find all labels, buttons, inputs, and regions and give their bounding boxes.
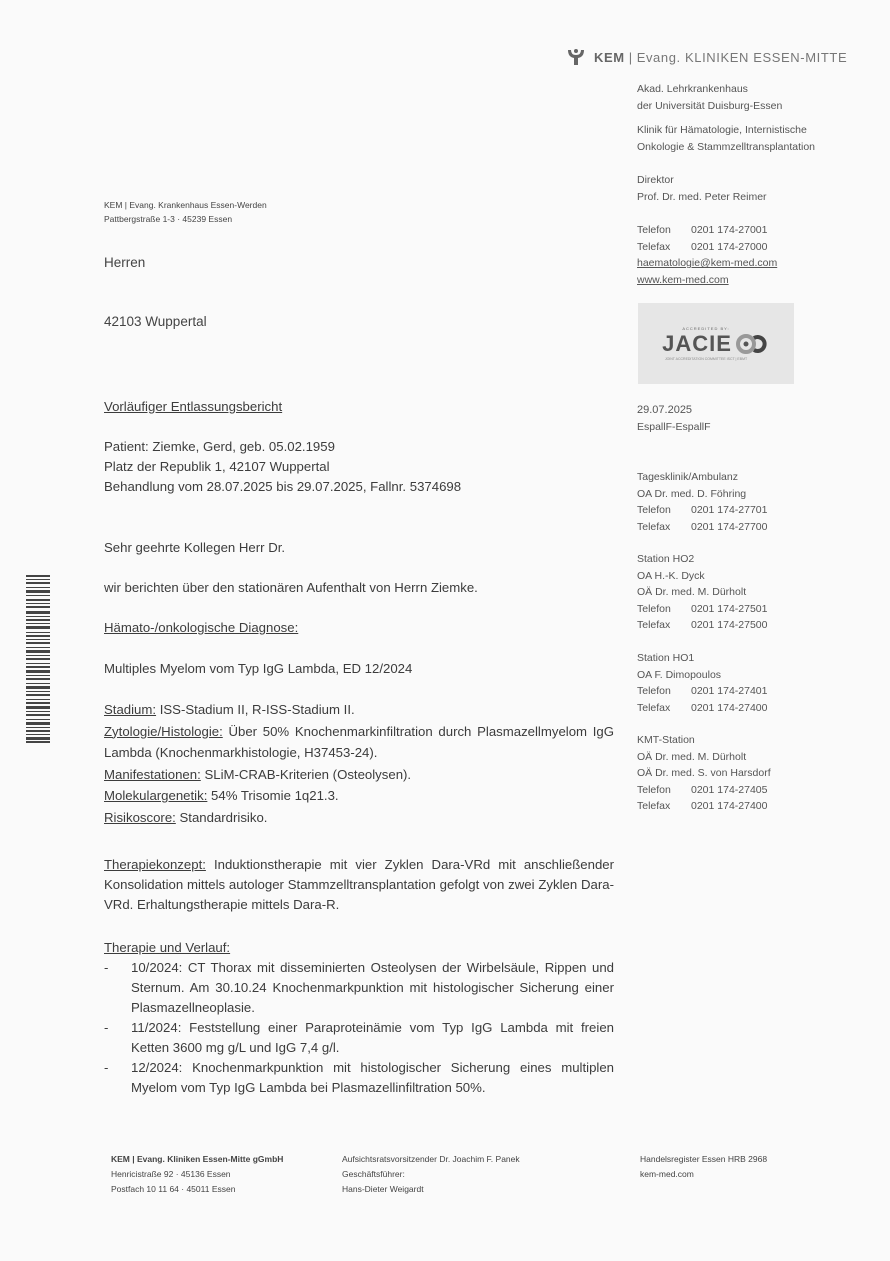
contact-telefax: 0201 174-27700 [691, 519, 768, 536]
bullet-dash: - [104, 1018, 108, 1038]
telefax-label: Telefax [637, 798, 691, 815]
course-item-text: 10/2024: CT Thorax mit disseminierten Os… [131, 960, 614, 1015]
bullet-dash: - [104, 1058, 108, 1078]
contact-telefon: 0201 174-27501 [691, 601, 768, 618]
jacie-subtitle: JOINT ACCREDITATION COMMITTEE ISCT | EBM… [665, 357, 747, 361]
director-label: Direktor [637, 172, 767, 189]
detail-zytologie: Zytologie/Histologie: Über 50% Knochenma… [104, 721, 614, 764]
jacie-accreditation-logo: ACCREDITED BY: JACIE JOINT ACCREDITATION… [638, 303, 794, 384]
logo-separator: | [629, 50, 633, 65]
clinic-contact-block: Telefon0201 174-27001 Telefax0201 174-27… [637, 222, 777, 288]
recipient-city: 42103 Wuppertal [104, 314, 207, 329]
diagnosis: Multiples Myelom vom Typ IgG Lambda, ED … [104, 659, 614, 679]
email-link[interactable]: haematologie@kem-med.com [637, 257, 777, 269]
logo-kem: KEM [594, 50, 625, 65]
footer-board-chair: Aufsichtsratsvorsitzender Dr. Joachim F.… [342, 1152, 520, 1167]
website-link[interactable]: www.kem-med.com [637, 274, 729, 286]
director-name: Prof. Dr. med. Peter Reimer [637, 189, 767, 206]
course-heading-text: Therapie und Verlauf: [104, 940, 230, 955]
bullet-dash: - [104, 958, 108, 978]
footer-register: Handelsregister Essen HRB 2968 kem-med.c… [640, 1152, 767, 1182]
kem-logo: KEM | Evang. KLINIKEN ESSEN-MITTE [566, 48, 847, 66]
telefax-number: 0201 174-27000 [691, 239, 768, 256]
patient-address: Platz der Republik 1, 42107 Wuppertal [104, 457, 614, 477]
contact-telefax: 0201 174-27400 [691, 798, 768, 815]
telefon-label: Telefon [637, 502, 691, 519]
course-item-text: 12/2024: Knochenmarkpunktion mit histolo… [131, 1060, 614, 1095]
clinic-block: Klinik für Hämatologie, Internistische O… [637, 122, 815, 155]
therapy-concept-label: Therapiekonzept: [104, 857, 206, 872]
detail-text: 54% Trisomie 1q21.3. [207, 788, 338, 803]
detail-label: Risikoscore: [104, 810, 176, 825]
clinic-line-1: Klinik für Hämatologie, Internistische [637, 122, 815, 139]
letter-reference: EspallF-EspallF [637, 419, 711, 436]
letter-date: 29.07.2025 [637, 402, 711, 419]
director-block: Direktor Prof. Dr. med. Peter Reimer [637, 172, 767, 205]
letter-meta: 29.07.2025 EspallF-EspallF [637, 402, 711, 435]
telefax-label: Telefax [637, 617, 691, 634]
sender-line-2: Pattbergstraße 1-3 · 45239 Essen [104, 212, 267, 226]
contact-telefon: 0201 174-27405 [691, 782, 768, 799]
contact-person: OÄ Dr. med. M. Dürholt [637, 584, 768, 601]
detail-molekulargenetik: Molekulargenetik: 54% Trisomie 1q21.3. [104, 785, 614, 807]
detail-stadium: Stadium: ISS-Stadium II, R-ISS-Stadium I… [104, 699, 614, 721]
recipient-salutation: Herren [104, 255, 145, 270]
course-item: -11/2024: Feststellung einer Paraprotein… [104, 1018, 614, 1058]
contact-kmt-station: KMT-Station OÄ Dr. med. M. Dürholt OÄ Dr… [637, 732, 771, 815]
intro: wir berichten über den stationären Aufen… [104, 578, 614, 598]
contact-title: Station HO2 [637, 551, 768, 568]
detail-manifestationen: Manifestationen: SLiM-CRAB-Kriterien (Os… [104, 764, 614, 786]
contact-telefax: 0201 174-27400 [691, 700, 768, 717]
institution-line-2: der Universität Duisburg-Essen [637, 98, 782, 115]
kem-logo-icon [566, 48, 588, 66]
footer-website: kem-med.com [640, 1167, 767, 1182]
sender-address: KEM | Evang. Krankenhaus Essen-Werden Pa… [104, 198, 267, 226]
contact-person: OÄ Dr. med. S. von Harsdorf [637, 765, 771, 782]
patient-line: Patient: Ziemke, Gerd, geb. 05.02.1959 [104, 437, 614, 457]
contact-telefax: 0201 174-27500 [691, 617, 768, 634]
detail-text: ISS-Stadium II, R-ISS-Stadium II. [156, 702, 355, 717]
contact-telefon: 0201 174-27701 [691, 502, 768, 519]
subject-text: Vorläufiger Entlassungsbericht [104, 399, 282, 414]
diagnosis-details: Stadium: ISS-Stadium II, R-ISS-Stadium I… [104, 699, 614, 828]
telefon-label: Telefon [637, 222, 691, 239]
detail-risikoscore: Risikoscore: Standardrisiko. [104, 807, 614, 829]
detail-label: Zytologie/Histologie: [104, 724, 223, 739]
telefon-label: Telefon [637, 601, 691, 618]
contact-tagesklinik: Tagesklinik/Ambulanz OA Dr. med. D. Föhr… [637, 469, 768, 535]
telefon-label: Telefon [637, 782, 691, 799]
contact-station-ho1: Station HO1 OA F. Dimopoulos Telefon0201… [637, 650, 768, 716]
detail-label: Manifestationen: [104, 767, 201, 782]
footer-postbox: Postfach 10 11 64 · 45011 Essen [111, 1182, 283, 1197]
course-item-text: 11/2024: Feststellung einer Paraproteinä… [131, 1020, 614, 1055]
footer-company: KEM | Evang. Kliniken Essen-Mitte gGmbH … [111, 1152, 283, 1197]
jacie-name: JACIE [662, 331, 732, 357]
contact-person: OA Dr. med. D. Föhring [637, 486, 768, 503]
detail-text: Standardrisiko. [176, 810, 268, 825]
contact-person: OÄ Dr. med. M. Dürholt [637, 749, 771, 766]
diagnosis-heading-text: Hämato-/onkologische Diagnose: [104, 620, 298, 635]
treatment-line: Behandlung vom 28.07.2025 bis 29.07.2025… [104, 477, 614, 497]
patient-block: Patient: Ziemke, Gerd, geb. 05.02.1959 P… [104, 437, 614, 497]
telefon-label: Telefon [637, 683, 691, 700]
course-item: -10/2024: CT Thorax mit disseminierten O… [104, 958, 614, 1018]
contact-telefon: 0201 174-27401 [691, 683, 768, 700]
detail-label: Stadium: [104, 702, 156, 717]
footer-register-number: Handelsregister Essen HRB 2968 [640, 1152, 767, 1167]
contact-title: KMT-Station [637, 732, 771, 749]
sender-line-1: KEM | Evang. Krankenhaus Essen-Werden [104, 198, 267, 212]
footer-address: Henricistraße 92 · 45136 Essen [111, 1167, 283, 1182]
contact-station-ho2: Station HO2 OA H.-K. Dyck OÄ Dr. med. M.… [637, 551, 768, 634]
institution-block: Akad. Lehrkrankenhaus der Universität Du… [637, 81, 782, 114]
footer-ceo-label: Geschäftsführer: [342, 1167, 520, 1182]
jacie-ring-icon [736, 333, 770, 355]
telefax-label: Telefax [637, 700, 691, 717]
telefax-label: Telefax [637, 519, 691, 536]
course-list: -10/2024: CT Thorax mit disseminierten O… [104, 958, 614, 1098]
greeting: Sehr geehrte Kollegen Herr Dr. [104, 538, 614, 558]
footer-ceo-name: Hans-Dieter Weigardt [342, 1182, 520, 1197]
contact-title: Tagesklinik/Ambulanz [637, 469, 768, 486]
course-heading: Therapie und Verlauf: [104, 938, 614, 958]
contact-title: Station HO1 [637, 650, 768, 667]
institution-line-1: Akad. Lehrkrankenhaus [637, 81, 782, 98]
course-item: -12/2024: Knochenmarkpunktion mit histol… [104, 1058, 614, 1098]
clinic-line-2: Onkologie & Stammzelltransplantation [637, 139, 815, 156]
letter-subject: Vorläufiger Entlassungsbericht [104, 397, 614, 417]
therapy-concept: Therapiekonzept: Induktionstherapie mit … [104, 855, 614, 915]
telefax-label: Telefax [637, 239, 691, 256]
detail-text: SLiM-CRAB-Kriterien (Osteolysen). [201, 767, 411, 782]
footer-company-name: KEM | Evang. Kliniken Essen-Mitte gGmbH [111, 1154, 283, 1164]
telefon-number: 0201 174-27001 [691, 222, 768, 239]
footer-management: Aufsichtsratsvorsitzender Dr. Joachim F.… [342, 1152, 520, 1197]
barcode-icon [26, 575, 50, 743]
diagnosis-heading: Hämato-/onkologische Diagnose: [104, 618, 614, 638]
detail-label: Molekulargenetik: [104, 788, 207, 803]
logo-name: Evang. KLINIKEN ESSEN-MITTE [637, 50, 848, 65]
contact-person: OA F. Dimopoulos [637, 667, 768, 684]
contact-person: OA H.-K. Dyck [637, 568, 768, 585]
